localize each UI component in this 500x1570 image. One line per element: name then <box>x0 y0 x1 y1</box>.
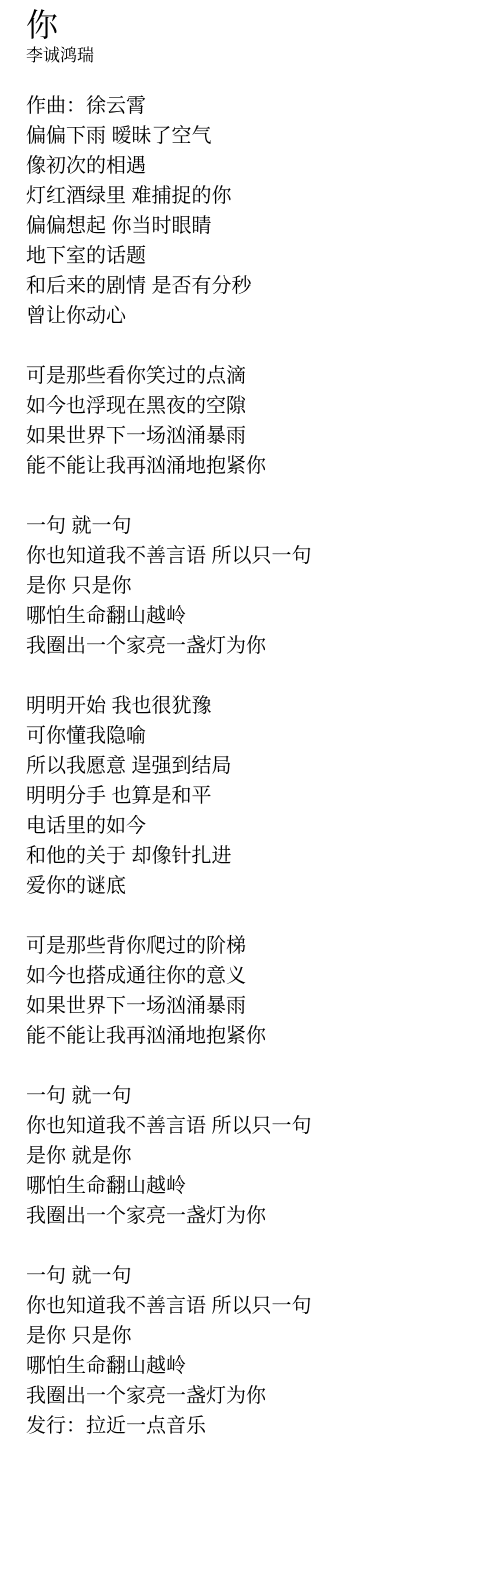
lyric-line: 你也知道我不善言语 所以只一句 <box>26 541 480 571</box>
lyric-line: 是你 只是你 <box>26 1321 480 1351</box>
lyric-line: 如果世界下一场汹涌暴雨 <box>26 991 480 1021</box>
stanza-gap <box>26 1231 480 1261</box>
lyric-line: 如今也搭成通往你的意义 <box>26 961 480 991</box>
lyric-line: 如果世界下一场汹涌暴雨 <box>26 421 480 451</box>
lyric-line: 爱你的谜底 <box>26 871 480 901</box>
lyric-line: 一句 就一句 <box>26 1081 480 1111</box>
lyrics-body: 作曲：徐云霄偏偏下雨 暧昧了空气像初次的相遇灯红酒绿里 难捕捉的你偏偏想起 你当… <box>26 91 480 1441</box>
lyric-line: 我圈出一个家亮一盏灯为你 <box>26 1381 480 1411</box>
lyric-line: 你也知道我不善言语 所以只一句 <box>26 1291 480 1321</box>
lyric-line: 发行：拉近一点音乐 <box>26 1411 480 1441</box>
lyrics-page: 你 李诚鸿瑞 作曲：徐云霄偏偏下雨 暧昧了空气像初次的相遇灯红酒绿里 难捕捉的你… <box>0 0 500 1441</box>
lyric-line: 哪怕生命翻山越岭 <box>26 601 480 631</box>
lyric-line: 明明开始 我也很犹豫 <box>26 691 480 721</box>
stanza-gap <box>26 481 480 511</box>
lyric-line: 作曲：徐云霄 <box>26 91 480 121</box>
stanza-gap <box>26 661 480 691</box>
lyric-line: 灯红酒绿里 难捕捉的你 <box>26 181 480 211</box>
lyric-line: 曾让你动心 <box>26 301 480 331</box>
stanza-gap <box>26 1051 480 1081</box>
lyric-line: 像初次的相遇 <box>26 151 480 181</box>
lyric-line: 可是那些背你爬过的阶梯 <box>26 931 480 961</box>
stanza-gap <box>26 901 480 931</box>
lyric-line: 和后来的剧情 是否有分秒 <box>26 271 480 301</box>
song-title: 你 <box>26 6 480 44</box>
lyric-line: 能不能让我再汹涌地抱紧你 <box>26 451 480 481</box>
lyric-line: 可是那些看你笑过的点滴 <box>26 361 480 391</box>
lyric-line: 能不能让我再汹涌地抱紧你 <box>26 1021 480 1051</box>
lyric-line: 所以我愿意 逞强到结局 <box>26 751 480 781</box>
lyric-line: 可你懂我隐喻 <box>26 721 480 751</box>
lyric-line: 是你 只是你 <box>26 571 480 601</box>
lyric-line: 和他的关于 却像针扎进 <box>26 841 480 871</box>
artist-name: 李诚鸿瑞 <box>26 45 480 67</box>
lyric-line: 地下室的话题 <box>26 241 480 271</box>
lyric-line: 如今也浮现在黑夜的空隙 <box>26 391 480 421</box>
lyric-line: 我圈出一个家亮一盏灯为你 <box>26 1201 480 1231</box>
stanza-gap <box>26 331 480 361</box>
lyric-line: 是你 就是你 <box>26 1141 480 1171</box>
lyric-line: 一句 就一句 <box>26 511 480 541</box>
lyric-line: 哪怕生命翻山越岭 <box>26 1171 480 1201</box>
lyric-line: 偏偏下雨 暧昧了空气 <box>26 121 480 151</box>
lyric-line: 哪怕生命翻山越岭 <box>26 1351 480 1381</box>
lyric-line: 我圈出一个家亮一盏灯为你 <box>26 631 480 661</box>
lyric-line: 明明分手 也算是和平 <box>26 781 480 811</box>
lyric-line: 电话里的如今 <box>26 811 480 841</box>
lyric-line: 一句 就一句 <box>26 1261 480 1291</box>
lyric-line: 你也知道我不善言语 所以只一句 <box>26 1111 480 1141</box>
lyric-line: 偏偏想起 你当时眼睛 <box>26 211 480 241</box>
